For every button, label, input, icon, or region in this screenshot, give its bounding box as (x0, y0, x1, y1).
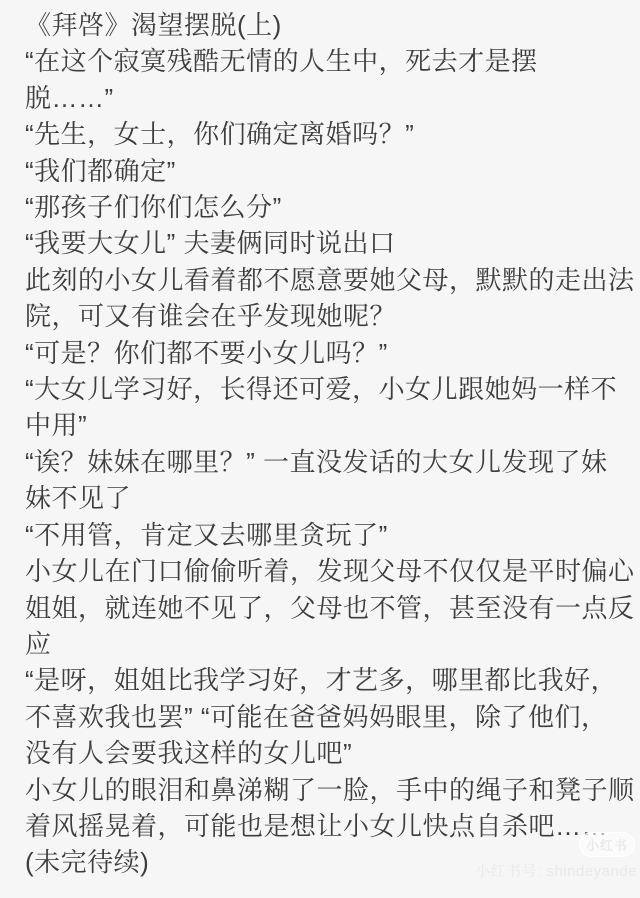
story-line: “不用管，肯定又去哪里贪玩了” (25, 517, 626, 553)
story-line: “在这个寂寞残酷无情的人生中，死去才是摆 (25, 43, 626, 79)
story-line: 没有人会要我这样的女儿吧” (25, 735, 626, 771)
story-page: 《拜啓》渴望摆脱(上) “在这个寂寞残酷无情的人生中，死去才是摆脱……”“先生，… (0, 0, 640, 898)
story-line: 院，可又有谁会在乎发现她呢？ (25, 298, 626, 334)
story-line: “是呀，姐姐比我学习好，才艺多，哪里都比我好， (25, 662, 626, 698)
story-line: 姐姐，就连她不见了，父母也不管，甚至没有一点反 (25, 590, 626, 626)
story-line: “我们都确定” (25, 153, 626, 189)
story-line: (未完待续) (25, 844, 626, 880)
page-title: 《拜啓》渴望摆脱(上) (25, 7, 626, 43)
story-line: 小女儿在门口偷偷听着，发现父母不仅仅是平时偏心 (25, 553, 626, 589)
story-line: “那孩子们你们怎么分” (25, 189, 626, 225)
story-line: “诶？妹妹在哪里？” 一直没发话的大女儿发现了妹 (25, 444, 626, 480)
story-line: 小女儿的眼泪和鼻涕糊了一脸，手中的绳子和凳子顺 (25, 772, 626, 808)
story-line: “可是？你们都不要小女儿吗？” (25, 335, 626, 371)
story-line: “先生，女士，你们确定离婚吗？” (25, 116, 626, 152)
story-line: 不喜欢我也罢” “可能在爸爸妈妈眼里，除了他们， (25, 699, 626, 735)
story-line: 应 (25, 626, 626, 662)
story-line: 脱……” (25, 80, 626, 116)
story-line: “大女儿学习好，长得还可爱，小女儿跟她妈一样不 (25, 371, 626, 407)
story-line: “我要大女儿” 夫妻俩同时说出口 (25, 225, 626, 261)
story-line: 此刻的小女儿看着都不愿意要她父母，默默的走出法 (25, 262, 626, 298)
story-text: “在这个寂寞残酷无情的人生中，死去才是摆脱……”“先生，女士，你们确定离婚吗？”… (25, 43, 626, 880)
story-line: 着风摇晃着，可能也是想让小女儿快点自杀吧…… (25, 808, 626, 844)
story-line: 中用” (25, 407, 626, 443)
story-line: 妹不见了 (25, 480, 626, 516)
